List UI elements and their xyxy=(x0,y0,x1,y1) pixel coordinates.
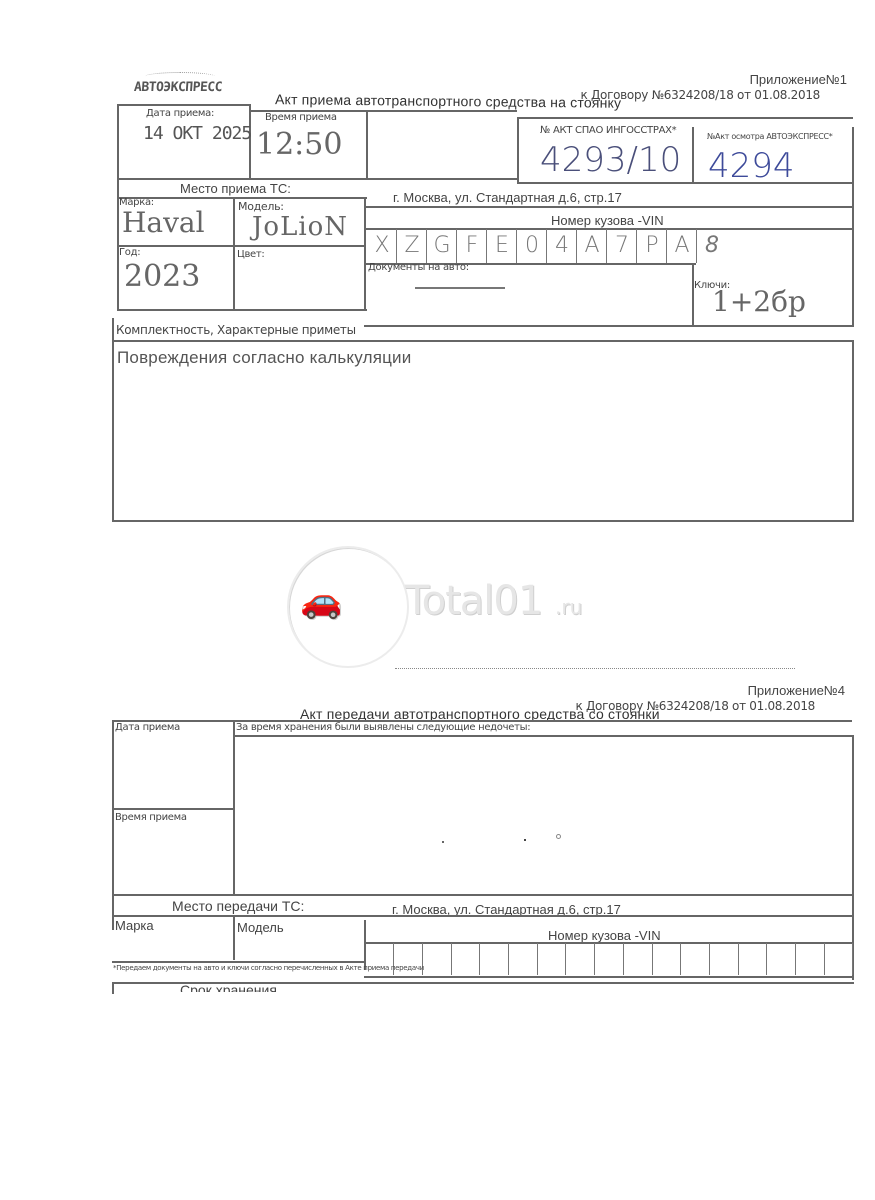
vin-char-cell: 4 xyxy=(548,229,577,263)
vin-char-cell: X xyxy=(368,229,397,263)
vin-empty-cell xyxy=(452,943,480,975)
appendix-1-label: Приложение№1 xyxy=(750,72,847,87)
release-date-label: Дата приема xyxy=(115,722,180,733)
car-icon: 🚗 xyxy=(300,581,342,621)
vin-empty-cell xyxy=(710,943,738,975)
docs-value-dash xyxy=(415,287,505,289)
autoexpress-act-value: 4294 xyxy=(708,146,795,186)
keys-value: 1+2бр xyxy=(712,285,806,318)
watermark-text: Total01 xyxy=(405,578,542,624)
vin-char-cell: A xyxy=(668,229,697,263)
vin-empty-cell xyxy=(768,943,796,975)
release-model-label: Модель xyxy=(237,920,284,935)
vin-empty-cell xyxy=(510,943,538,975)
vin-empty-cell xyxy=(624,943,652,975)
year-label: Год: xyxy=(119,247,140,258)
model-value: JoLioN xyxy=(252,212,348,242)
place-value: г. Москва, ул. Стандартная д.6, стр.17 xyxy=(393,190,622,205)
date-value: 14 ОКТ 2025 xyxy=(143,123,251,144)
scan-speck xyxy=(442,841,444,843)
logo-arc-decoration xyxy=(145,72,215,81)
scan-speck xyxy=(524,839,526,841)
vin-char-cell: P xyxy=(638,229,667,263)
vin-char-cell: 0 xyxy=(518,229,547,263)
vin-empty-cell xyxy=(682,943,710,975)
vin-empty-cell xyxy=(423,943,451,975)
defects-label: За время хранения были выявлены следующи… xyxy=(236,722,530,733)
vin-empty-cell xyxy=(538,943,566,975)
vin-label: Номер кузова -VIN xyxy=(551,213,664,228)
time-label: Время приема xyxy=(265,112,337,123)
brand-value: Haval xyxy=(122,206,205,239)
release-vin-label: Номер кузова -VIN xyxy=(548,928,661,943)
release-place-label: Место передачи ТС: xyxy=(172,898,304,914)
footnote: *Передаем документы на авто и ключи согл… xyxy=(113,964,424,972)
release-time-label: Время приема xyxy=(115,812,187,823)
appendix-4-label: Приложение№4 xyxy=(748,683,845,698)
autoexpress-logo: АВТОЭКСПРЕСС xyxy=(133,80,222,95)
docs-label: Документы на авто: xyxy=(368,262,469,273)
vin-char-cell: G xyxy=(428,229,457,263)
completeness-label: Комплектность, Характерные приметы xyxy=(116,323,356,337)
vin-char-cell: Z xyxy=(398,229,427,263)
vin-empty-cell xyxy=(653,943,681,975)
place-label: Место приема ТС: xyxy=(180,181,291,196)
vin-char-cell: F xyxy=(458,229,487,263)
completeness-value: Повреждения согласно калькуляции xyxy=(117,348,411,368)
vin-char-cell: 8 xyxy=(698,229,726,263)
act-title: Акт приема автотранспортного средства на… xyxy=(275,91,621,111)
ingos-act-label: № АКТ СПАО ИНГОССТРАХ* xyxy=(540,125,676,136)
vin-char-cell: 7 xyxy=(608,229,637,263)
vin-empty-cell xyxy=(481,943,509,975)
cut-off-text: Срок хранения ... xyxy=(180,984,360,992)
vin-empty-cell xyxy=(797,943,825,975)
time-value: 12:50 xyxy=(256,127,342,162)
vin-empty-cell xyxy=(596,943,624,975)
cut-line xyxy=(395,668,795,669)
vin-empty-cell xyxy=(825,943,853,975)
ingos-act-value: 4293/10 xyxy=(540,140,681,180)
vin-char-cell: A xyxy=(578,229,607,263)
release-brand-label: Марка xyxy=(115,918,154,933)
release-vin-cells xyxy=(366,943,854,975)
color-label: Цвет: xyxy=(237,249,265,260)
vin-cells: XZGFE04A7PA8 xyxy=(368,229,698,263)
vin-empty-cell xyxy=(567,943,595,975)
date-label: Дата приема: xyxy=(146,108,214,119)
watermark-suffix: .ru xyxy=(555,595,582,619)
autoexpress-act-label: №Акт осмотра АВТОЭКСПРЕСС* xyxy=(707,132,833,141)
scan-speck xyxy=(556,834,561,839)
vin-char-cell: E xyxy=(488,229,517,263)
year-value: 2023 xyxy=(124,259,200,294)
vin-empty-cell xyxy=(739,943,767,975)
